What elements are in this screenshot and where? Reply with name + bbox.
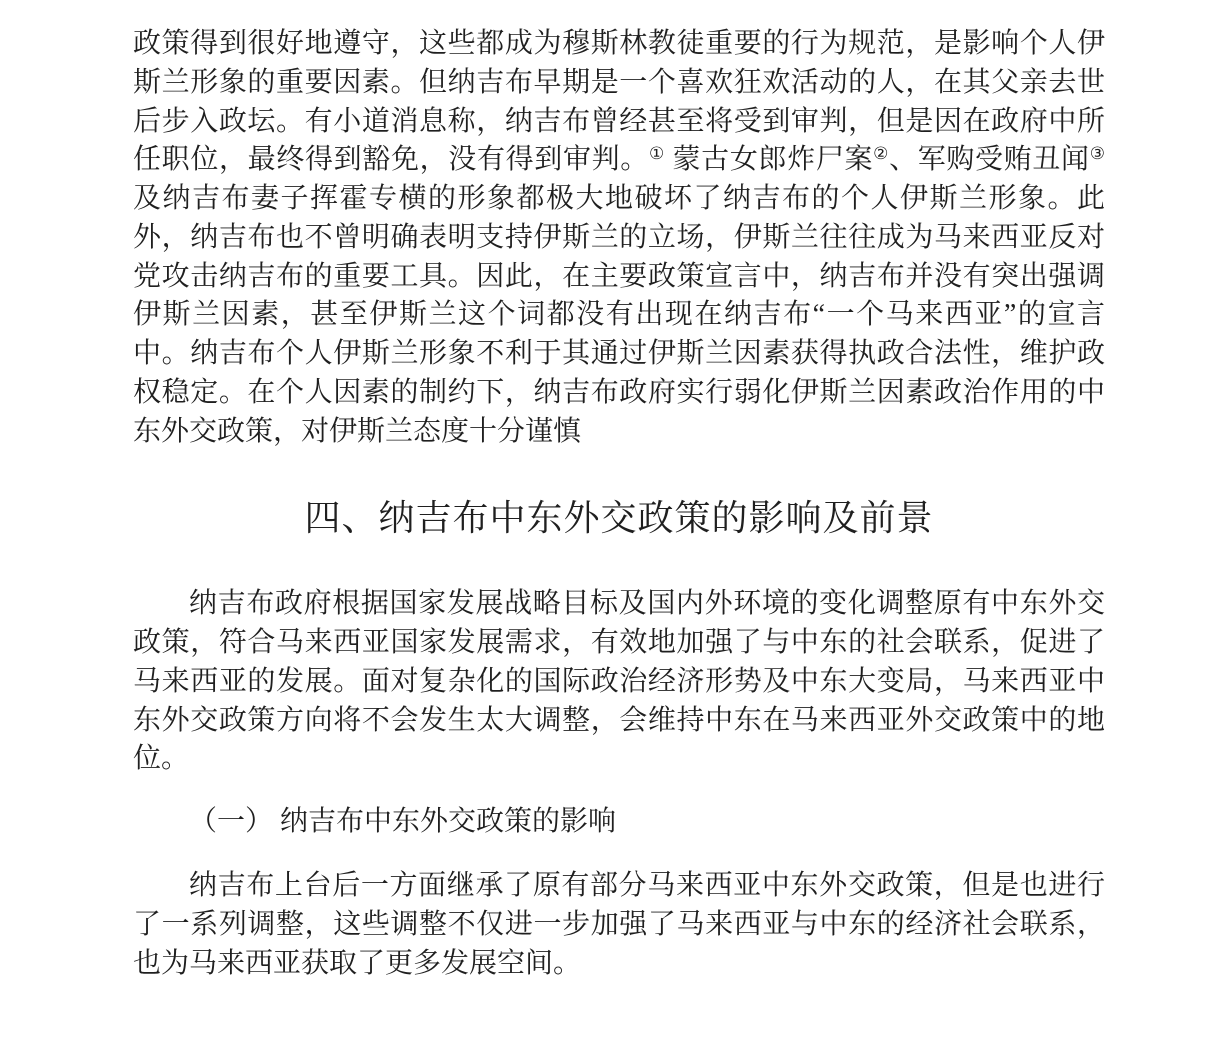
paragraph-overview: 纳吉布政府根据国家发展战略目标及国内外环境的变化调整原有中东外交政策，符合马来西…	[133, 585, 1105, 779]
footnote-marker: ①	[649, 144, 665, 163]
footnote-marker: ③	[1090, 144, 1105, 163]
page-content: 政策得到很好地遵守，这些都成为穆斯林教徒重要的行为规范，是影响个人伊斯兰形象的重…	[133, 0, 1105, 983]
footnote-marker: ②	[873, 144, 889, 163]
section-heading: 四、纳吉布中东外交政策的影响及前景	[133, 495, 1105, 541]
text-run: 及纳吉布妻子挥霍专横的形象都极大地破坏了纳吉布的个人伊斯兰形象。此外，纳吉布也不…	[133, 183, 1105, 447]
subsection-heading: （一） 纳吉布中东外交政策的影响	[133, 802, 1105, 841]
paragraph-impact: 纳吉布上台后一方面继承了原有部分马来西亚中东外交政策，但是也进行了一系列调整，这…	[133, 867, 1105, 983]
paragraph-continued-from-previous-page: 政策得到很好地遵守，这些都成为穆斯林教徒重要的行为规范，是影响个人伊斯兰形象的重…	[133, 25, 1105, 451]
text-run: 蒙古女郎炸尸案	[665, 144, 873, 175]
text-run: 、军购受贿丑闻	[889, 144, 1090, 175]
document-page: 政策得到很好地遵守，这些都成为穆斯林教徒重要的行为规范，是影响个人伊斯兰形象的重…	[0, 0, 1224, 1055]
